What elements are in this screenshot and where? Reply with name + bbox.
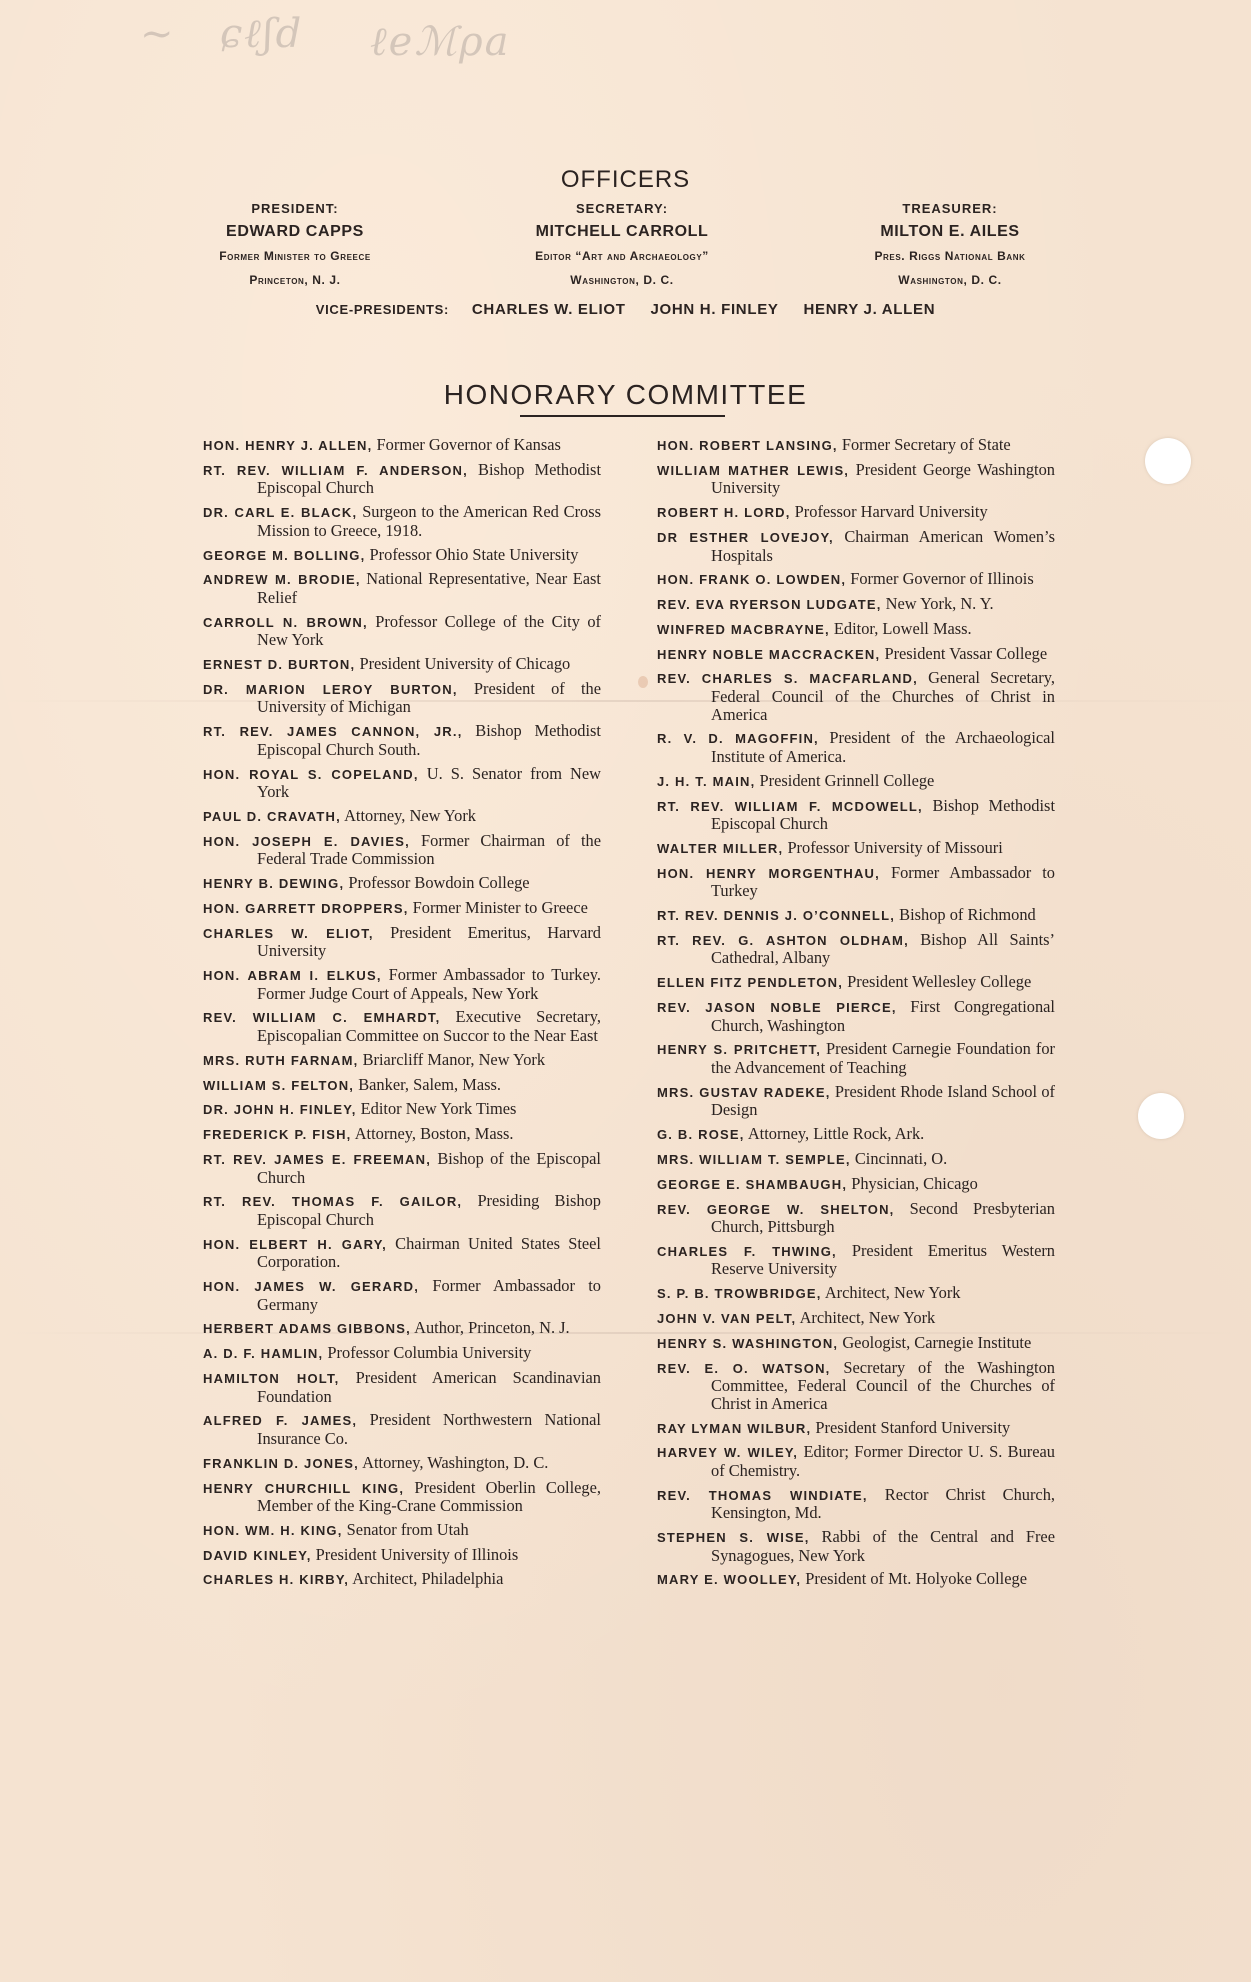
fold-crease <box>0 1332 1251 1334</box>
member-name: Mary E. Woolley, <box>657 1572 801 1587</box>
member-name: Rev. William C. Emhardt, <box>203 1010 440 1025</box>
committee-member: Mrs. Ruth Farnam, Briarcliff Manor, New … <box>203 1051 601 1070</box>
committee-member: Walter Miller, Professor University of M… <box>657 839 1055 858</box>
committee-member: Rt. Rev. James E. Freeman, Bishop of the… <box>203 1150 601 1186</box>
member-description: Professor Ohio State University <box>370 545 579 564</box>
member-name: Rev. E. O. Watson, <box>657 1361 831 1376</box>
member-name: Herbert Adams Gibbons, <box>203 1321 411 1336</box>
member-description: President Wellesley College <box>847 972 1031 991</box>
member-description: Attorney, Boston, Mass. <box>355 1124 514 1143</box>
officer-place: Washington, D. C. <box>785 268 1115 292</box>
member-name: Charles H. Kirby, <box>203 1572 349 1587</box>
member-name: William S. Felton, <box>203 1078 354 1093</box>
committee-member: Rt. Rev. William F. Anderson, Bishop Met… <box>203 461 601 497</box>
member-description: Geologist, Carnegie Institute <box>842 1333 1031 1352</box>
committee-member: Rt. Rev. G. Ashton Oldham, Bishop All Sa… <box>657 931 1055 967</box>
committee-member: Hon. Henry J. Allen, Former Governor of … <box>203 436 601 455</box>
member-name: Henry S. Washington, <box>657 1336 838 1351</box>
committee-member: Rev. E. O. Watson, Secretary of the Wash… <box>657 1359 1055 1413</box>
committee-member: Hon. Wm. H. King, Senator from Utah <box>203 1521 601 1540</box>
committee-member: Winfred MacBrayne, Editor, Lowell Mass. <box>657 620 1055 639</box>
member-name: Rev. George W. Shelton, <box>657 1202 895 1217</box>
officer-title: Former Minister to Greece <box>130 244 460 268</box>
member-description: Architect, Philadelphia <box>352 1569 503 1588</box>
officer-name: EDWARD CAPPS <box>130 220 460 244</box>
member-name: Mrs. Ruth Farnam, <box>203 1053 358 1068</box>
member-name: Carroll N. Brown, <box>203 615 368 630</box>
member-name: Mrs. Gustav Radeke, <box>657 1085 831 1100</box>
member-name: Hon. Henry J. Allen, <box>203 438 372 453</box>
member-name: Henry Noble MacCracken, <box>657 647 880 662</box>
honorary-committee-heading: HONORARY COMMITTEE <box>0 379 1251 411</box>
member-name: R. V. D. Magoffin, <box>657 731 819 746</box>
member-description: Senator from Utah <box>347 1520 469 1539</box>
committee-member: David Kinley, President University of Il… <box>203 1546 601 1565</box>
member-name: Stephen S. Wise, <box>657 1530 810 1545</box>
member-name: Hon. Abram I. Elkus, <box>203 968 382 983</box>
stain-mark <box>638 676 648 688</box>
member-name: Hon. Joseph E. Davies, <box>203 834 410 849</box>
committee-member: Dr. Carl E. Black, Surgeon to the Americ… <box>203 503 601 539</box>
member-description: Editor New York Times <box>361 1099 517 1118</box>
member-description: Attorney, Little Rock, Ark. <box>748 1124 924 1143</box>
committee-member: Henry Noble MacCracken, President Vassar… <box>657 645 1055 664</box>
committee-member: A. D. F. Hamlin, Professor Columbia Univ… <box>203 1344 601 1363</box>
officer-name: MITCHELL CARROLL <box>457 220 787 244</box>
committee-member: Hon. Abram I. Elkus, Former Ambassador t… <box>203 966 601 1002</box>
fold-crease <box>0 700 1251 702</box>
committee-member: Rev. Charles S. Macfarland, General Secr… <box>657 669 1055 723</box>
member-description: Professor Harvard University <box>795 502 988 521</box>
committee-member: Harvey W. Wiley, Editor; Former Director… <box>657 1443 1055 1479</box>
officer-place: Washington, D. C. <box>457 268 787 292</box>
member-name: Henry Churchill King, <box>203 1481 404 1496</box>
member-name: Ray Lyman Wilbur, <box>657 1421 811 1436</box>
committee-member: Dr Esther Lovejoy, Chairman American Wom… <box>657 528 1055 564</box>
committee-column-left: Hon. Henry J. Allen, Former Governor of … <box>203 436 601 1595</box>
punch-hole <box>1138 1093 1184 1139</box>
committee-member: Hon. James W. Gerard, Former Ambassador … <box>203 1277 601 1313</box>
committee-member: Hon. Elbert H. Gary, Chairman United Sta… <box>203 1235 601 1271</box>
member-name: David Kinley, <box>203 1548 312 1563</box>
committee-member: S. P. B. Trowbridge, Architect, New York <box>657 1284 1055 1303</box>
committee-member: Mrs. Gustav Radeke, President Rhode Isla… <box>657 1083 1055 1119</box>
member-name: Hon. Garrett Droppers, <box>203 901 409 916</box>
committee-member: Paul D. Cravath, Attorney, New York <box>203 807 601 826</box>
member-name: Paul D. Cravath, <box>203 809 341 824</box>
committee-member: Ellen Fitz Pendleton, President Wellesle… <box>657 973 1055 992</box>
member-name: Rev. Charles S. Macfarland, <box>657 671 918 686</box>
member-name: Rt. Rev. William F. McDowell, <box>657 799 923 814</box>
member-description: Banker, Salem, Mass. <box>358 1075 501 1094</box>
committee-member: John V. Van Pelt, Architect, New York <box>657 1309 1055 1328</box>
vice-president-name: CHARLES W. ELIOT <box>472 301 626 318</box>
committee-member: Alfred F. James, President Northwestern … <box>203 1411 601 1447</box>
vice-president-name: HENRY J. ALLEN <box>804 301 936 318</box>
committee-member: George M. Bolling, Professor Ohio State … <box>203 546 601 565</box>
committee-member: William Mather Lewis, President George W… <box>657 461 1055 497</box>
member-name: Dr. John H. Finley, <box>203 1102 357 1117</box>
vice-presidents-line: VICE-PRESIDENTS: CHARLES W. ELIOT JOHN H… <box>0 301 1251 318</box>
officer-title: Editor “Art and Archaeology” <box>457 244 787 268</box>
member-name: Frederick P. Fish, <box>203 1127 352 1142</box>
committee-member: R. V. D. Magoffin, President of the Arch… <box>657 729 1055 765</box>
member-name: John V. Van Pelt, <box>657 1311 796 1326</box>
committee-member: Henry S. Pritchett, President Carnegie F… <box>657 1040 1055 1076</box>
member-name: Rev. Jason Noble Pierce, <box>657 1000 897 1015</box>
member-name: Rev. Eva Ryerson Ludgate, <box>657 597 882 612</box>
member-name: A. D. F. Hamlin, <box>203 1346 323 1361</box>
member-description: President Stanford University <box>815 1418 1010 1437</box>
committee-member: Hon. Garrett Droppers, Former Minister t… <box>203 899 601 918</box>
member-description: Architect, New York <box>825 1283 961 1302</box>
member-description: President Vassar College <box>884 644 1047 663</box>
committee-member: Robert H. Lord, Professor Harvard Univer… <box>657 503 1055 522</box>
member-description: Attorney, Washington, D. C. <box>362 1453 548 1472</box>
vice-president-name: JOHN H. FINLEY <box>650 301 778 318</box>
member-name: Ernest D. Burton, <box>203 657 355 672</box>
member-name: Hon. Frank O. Lowden, <box>657 572 846 587</box>
pencil-mark: ~ ɕℓʃd <box>140 10 303 57</box>
member-description: Attorney, New York <box>344 806 476 825</box>
vice-presidents-label: VICE-PRESIDENTS: <box>316 302 449 317</box>
member-name: Hon. James W. Gerard, <box>203 1279 419 1294</box>
member-name: Hon. Wm. H. King, <box>203 1523 343 1538</box>
member-name: Charles W. Eliot, <box>203 926 374 941</box>
member-description: Former Governor of Kansas <box>377 435 561 454</box>
committee-member: Ray Lyman Wilbur, President Stanford Uni… <box>657 1419 1055 1438</box>
member-name: Alfred F. James, <box>203 1413 357 1428</box>
committee-member: Ernest D. Burton, President University o… <box>203 655 601 674</box>
member-description: Author, Princeton, N. J. <box>414 1318 570 1337</box>
committee-member: Rev. William C. Emhardt, Executive Secre… <box>203 1008 601 1044</box>
committee-member: Charles H. Kirby, Architect, Philadelphi… <box>203 1570 601 1589</box>
committee-member: Hon. Joseph E. Davies, Former Chairman o… <box>203 832 601 868</box>
member-description: Former Minister to Greece <box>413 898 588 917</box>
member-description: Bishop of Richmond <box>899 905 1036 924</box>
committee-member: Rev. Thomas Windiate, Rector Christ Chur… <box>657 1486 1055 1522</box>
member-name: Harvey W. Wiley, <box>657 1445 798 1460</box>
committee-member: Rev. Eva Ryerson Ludgate, New York, N. Y… <box>657 595 1055 614</box>
committee-member: Rev. George W. Shelton, Second Presbyter… <box>657 1200 1055 1236</box>
member-name: Rt. Rev. G. Ashton Oldham, <box>657 933 909 948</box>
member-description: Professor Bowdoin College <box>348 873 529 892</box>
member-name: Rev. Thomas Windiate, <box>657 1488 868 1503</box>
committee-member: Stephen S. Wise, Rabbi of the Central an… <box>657 1528 1055 1564</box>
member-name: Andrew M. Brodie, <box>203 572 361 587</box>
committee-member: Dr. Marion LeRoy Burton, President of th… <box>203 680 601 716</box>
member-name: Hamilton Holt, <box>203 1371 339 1386</box>
member-name: Rt. Rev. Dennis J. O’Connell, <box>657 908 895 923</box>
committee-member: Mrs. William T. Semple, Cincinnati, O. <box>657 1150 1055 1169</box>
committee-member: Rt. Rev. James Cannon, Jr., Bishop Metho… <box>203 722 601 758</box>
member-description: Professor University of Missouri <box>787 838 1002 857</box>
pencil-signature: ℓeℳρa <box>370 18 510 65</box>
member-description: President of Mt. Holyoke College <box>805 1569 1027 1588</box>
member-description: Briarcliff Manor, New York <box>363 1050 546 1069</box>
member-name: Hon. Henry Morgenthau, <box>657 866 880 881</box>
committee-member: Hamilton Holt, President American Scandi… <box>203 1369 601 1405</box>
committee-member: Henry B. Dewing, Professor Bowdoin Colle… <box>203 874 601 893</box>
member-description: Physician, Chicago <box>851 1174 978 1193</box>
committee-member: Dr. John H. Finley, Editor New York Time… <box>203 1100 601 1119</box>
member-name: Mrs. William T. Semple, <box>657 1152 851 1167</box>
committee-member: Rev. Jason Noble Pierce, First Congregat… <box>657 998 1055 1034</box>
member-description: President Grinnell College <box>760 771 935 790</box>
committee-member: Carroll N. Brown, Professor College of t… <box>203 613 601 649</box>
member-description: Editor, Lowell Mass. <box>834 619 972 638</box>
officer-treasurer: TREASURER: MILTON E. AILES Pres. Riggs N… <box>785 198 1115 292</box>
officer-role: SECRETARY: <box>457 198 787 220</box>
officers-heading: OFFICERS <box>0 166 1251 194</box>
committee-member: Hon. Royal S. Copeland, U. S. Senator fr… <box>203 765 601 801</box>
member-name: Rt. Rev. James Cannon, Jr., <box>203 724 463 739</box>
committee-member: Andrew M. Brodie, National Representativ… <box>203 570 601 606</box>
officer-name: MILTON E. AILES <box>785 220 1115 244</box>
member-name: Rt. Rev. William F. Anderson, <box>203 463 468 478</box>
committee-member: Herbert Adams Gibbons, Author, Princeton… <box>203 1319 601 1338</box>
committee-member: J. H. T. Main, President Grinnell Colleg… <box>657 772 1055 791</box>
committee-member: Mary E. Woolley, President of Mt. Holyok… <box>657 1570 1055 1589</box>
committee-member: Rt. Rev. Dennis J. O’Connell, Bishop of … <box>657 906 1055 925</box>
member-name: George E. Shambaugh, <box>657 1177 847 1192</box>
member-description: Former Secretary of State <box>842 435 1011 454</box>
member-name: G. B. Rose, <box>657 1127 745 1142</box>
member-name: Rt. Rev. Thomas F. Gailor, <box>203 1194 462 1209</box>
committee-member: Franklin D. Jones, Attorney, Washington,… <box>203 1454 601 1473</box>
paper-background <box>0 0 1251 1982</box>
member-name: Hon. Royal S. Copeland, <box>203 767 419 782</box>
committee-member: William S. Felton, Banker, Salem, Mass. <box>203 1076 601 1095</box>
member-name: Hon. Robert Lansing, <box>657 438 838 453</box>
member-name: Ellen Fitz Pendleton, <box>657 975 843 990</box>
committee-column-right: Hon. Robert Lansing, Former Secretary of… <box>657 436 1055 1595</box>
committee-member: Charles F. Thwing, President Emeritus We… <box>657 1242 1055 1278</box>
committee-member: Rt. Rev. William F. McDowell, Bishop Met… <box>657 797 1055 833</box>
committee-member: Hon. Henry Morgenthau, Former Ambassador… <box>657 864 1055 900</box>
member-name: Henry B. Dewing, <box>203 876 344 891</box>
member-description: Former Governor of Illinois <box>850 569 1033 588</box>
member-name: S. P. B. Trowbridge, <box>657 1286 822 1301</box>
officer-title: Pres. Riggs National Bank <box>785 244 1115 268</box>
member-name: George M. Bolling, <box>203 548 365 563</box>
committee-member: Charles W. Eliot, President Emeritus, Ha… <box>203 924 601 960</box>
member-name: Hon. Elbert H. Gary, <box>203 1237 387 1252</box>
member-name: Franklin D. Jones, <box>203 1456 359 1471</box>
officer-role: PRESIDENT: <box>130 198 460 220</box>
punch-hole <box>1145 438 1191 484</box>
officer-place: Princeton, N. J. <box>130 268 460 292</box>
committee-member: Hon. Robert Lansing, Former Secretary of… <box>657 436 1055 455</box>
committee-member: G. B. Rose, Attorney, Little Rock, Ark. <box>657 1125 1055 1144</box>
committee-member: Frederick P. Fish, Attorney, Boston, Mas… <box>203 1125 601 1144</box>
member-description: New York, N. Y. <box>886 594 994 613</box>
officer-role: TREASURER: <box>785 198 1115 220</box>
member-name: Walter Miller, <box>657 841 783 856</box>
member-name: Rt. Rev. James E. Freeman, <box>203 1152 431 1167</box>
member-name: William Mather Lewis, <box>657 463 849 478</box>
committee-member: George E. Shambaugh, Physician, Chicago <box>657 1175 1055 1194</box>
officer-president: PRESIDENT: EDWARD CAPPS Former Minister … <box>130 198 460 292</box>
member-description: President University of Chicago <box>359 654 570 673</box>
member-name: Dr. Carl E. Black, <box>203 505 357 520</box>
heading-divider <box>520 415 725 417</box>
member-name: J. H. T. Main, <box>657 774 755 789</box>
committee-member: Rt. Rev. Thomas F. Gailor, Presiding Bis… <box>203 1192 601 1228</box>
member-name: Charles F. Thwing, <box>657 1244 837 1259</box>
committee-member: Hon. Frank O. Lowden, Former Governor of… <box>657 570 1055 589</box>
committee-member: Henry S. Washington, Geologist, Carnegie… <box>657 1334 1055 1353</box>
member-description: Architect, New York <box>800 1308 936 1327</box>
member-name: Winfred MacBrayne, <box>657 622 830 637</box>
member-name: Dr. Marion LeRoy Burton, <box>203 682 458 697</box>
member-description: Professor Columbia University <box>327 1343 531 1362</box>
member-description: President University of Illinois <box>316 1545 519 1564</box>
member-name: Dr Esther Lovejoy, <box>657 530 834 545</box>
member-description: Cincinnati, O. <box>855 1149 947 1168</box>
officer-secretary: SECRETARY: MITCHELL CARROLL Editor “Art … <box>457 198 787 292</box>
member-name: Robert H. Lord, <box>657 505 791 520</box>
committee-member: Henry Churchill King, President Oberlin … <box>203 1479 601 1515</box>
member-name: Henry S. Pritchett, <box>657 1042 821 1057</box>
